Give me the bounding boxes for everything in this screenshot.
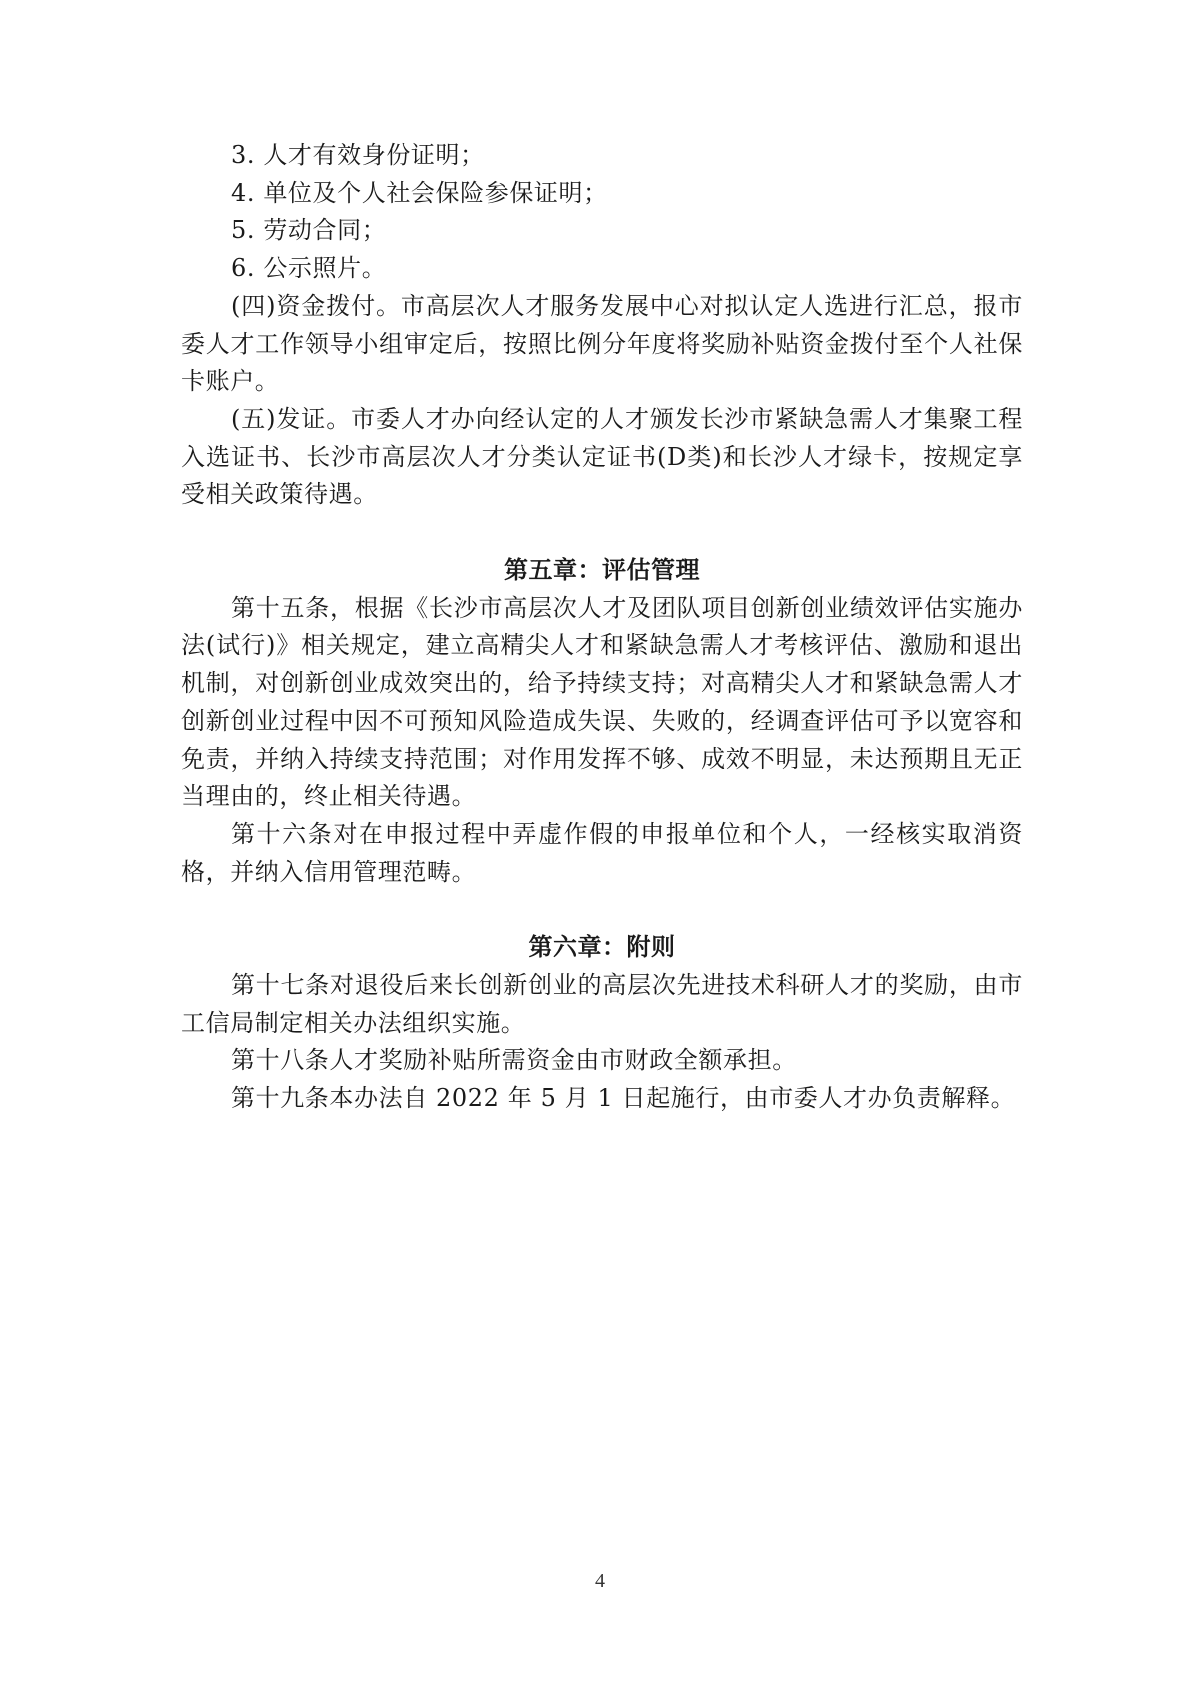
page-number: 4: [0, 1570, 1200, 1593]
spacer: [181, 514, 1023, 552]
list-item-id-proof: 3. 人才有效身份证明；: [181, 137, 1023, 175]
list-item-photo: 6. 公示照片。: [181, 250, 1023, 288]
article-19: 第十九条本办法自 2022 年 5 月 1 日起施行，由市委人才办负责解释。: [181, 1080, 1023, 1118]
article-15: 第十五条，根据《长沙市高层次人才及团队项目创新创业绩效评估实施办法(试行)》相关…: [181, 590, 1023, 816]
paragraph-funding: (四)资金拨付。市高层次人才服务发展中心对拟认定人选进行汇总，报市委人才工作领导…: [181, 288, 1023, 401]
chapter-5-heading: 第五章：评估管理: [181, 552, 1023, 590]
spacer: [181, 891, 1023, 929]
list-item-labor-contract: 5. 劳动合同；: [181, 212, 1023, 250]
article-16: 第十六条对在申报过程中弄虚作假的申报单位和个人，一经核实取消资格，并纳入信用管理…: [181, 816, 1023, 891]
article-17: 第十七条对退役后来长创新创业的高层次先进技术科研人才的奖励，由市工信局制定相关办…: [181, 967, 1023, 1042]
document-body: 3. 人才有效身份证明； 4. 单位及个人社会保险参保证明； 5. 劳动合同； …: [181, 137, 1023, 1118]
article-18: 第十八条人才奖励补贴所需资金由市财政全额承担。: [181, 1042, 1023, 1080]
document-page: 3. 人才有效身份证明； 4. 单位及个人社会保险参保证明； 5. 劳动合同； …: [0, 0, 1200, 1698]
paragraph-certificate: (五)发证。市委人才办向经认定的人才颁发长沙市紧缺急需人才集聚工程入选证书、长沙…: [181, 401, 1023, 514]
chapter-6-heading: 第六章：附则: [181, 929, 1023, 967]
list-item-social-insurance: 4. 单位及个人社会保险参保证明；: [181, 175, 1023, 213]
